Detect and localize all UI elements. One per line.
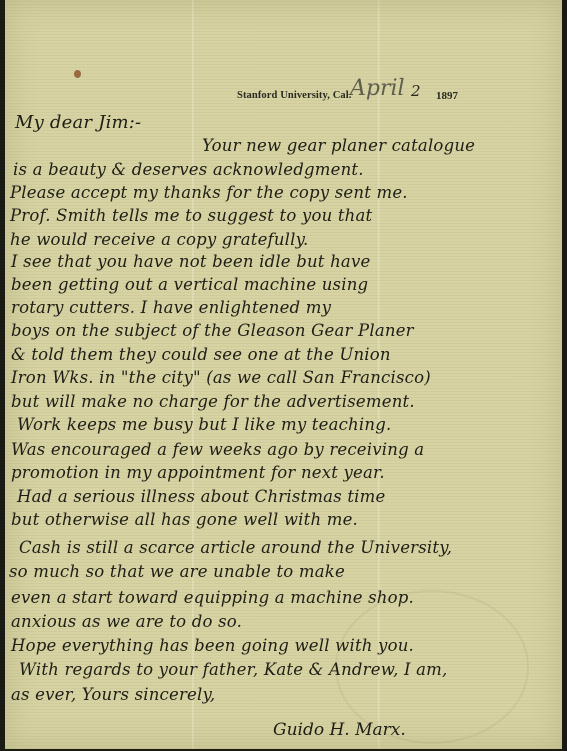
body-line: Hope everything has been going well with… [11, 636, 414, 655]
body-line: Cash is still a scarce article around th… [19, 538, 452, 557]
body-line: promotion in my appointment for next yea… [11, 463, 385, 482]
body-line: Had a serious illness about Christmas ti… [17, 487, 385, 506]
body-line: With regards to your father, Kate & Andr… [19, 660, 447, 679]
body-line: he would receive a copy gratefully. [10, 230, 308, 249]
body-line: & told them they could see one at the Un… [11, 345, 391, 364]
body-line: rotary cutters. I have enlightened my [11, 298, 331, 317]
salutation: My dear Jim:- [15, 112, 141, 133]
ink-stain-dot [74, 70, 81, 78]
closing: as ever, Yours sincerely, [11, 685, 215, 704]
body-line: been getting out a vertical machine usin… [11, 275, 368, 294]
body-line: but will make no charge for the advertis… [11, 392, 415, 411]
letter-page: Stanford University, Cal. April 2 1897 M… [5, 0, 562, 749]
body-line: Was encouraged a few weeks ago by receiv… [11, 440, 424, 459]
body-line: but otherwise all has gone well with me. [11, 510, 358, 529]
letterhead: Stanford University, Cal. [237, 90, 352, 101]
body-line: Work keeps me busy but I like my teachin… [17, 415, 391, 434]
signature: Guido H. Marx. [273, 720, 406, 740]
body-line: Please accept my thanks for the copy sen… [10, 183, 408, 202]
date-day: 2 [411, 82, 421, 100]
body-line: so much so that we are unable to make [9, 562, 345, 581]
body-line: is a beauty & deserves acknowledgment. [13, 160, 364, 179]
body-line: Prof. Smith tells me to suggest to you t… [10, 206, 372, 225]
date-month: April [350, 76, 405, 101]
body-line: boys on the subject of the Gleason Gear … [11, 321, 414, 340]
body-line: I see that you have not been idle but ha… [11, 252, 370, 271]
body-line: even a start toward equipping a machine … [11, 588, 414, 607]
date-year: 1897 [436, 90, 458, 102]
body-line: anxious as we are to do so. [11, 612, 242, 631]
body-line: Iron Wks. in "the city" (as we call San … [11, 368, 431, 387]
body-line: Your new gear planer catalogue [202, 136, 475, 155]
